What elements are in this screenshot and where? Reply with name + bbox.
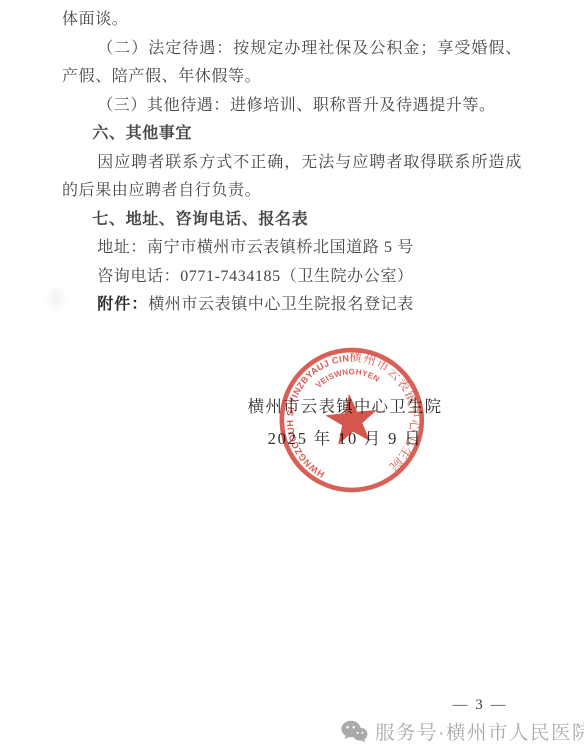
paragraph-item-2: （二）法定待遇：按规定办理社保及公积金；享受婚假、产假、陪产假、年休假等。 [62, 35, 522, 92]
paragraph-item-3: （三）其他待遇：进修培训、职称晋升及待遇提升等。 [62, 92, 522, 121]
wechat-icon [341, 720, 368, 743]
attachment-label: 附件： [97, 296, 148, 313]
scanned-document-page: { "content": { "continuation": "体面谈。", "… [0, 0, 584, 754]
phone-line: 咨询电话：0771-7434185（卫生院办公室） [62, 263, 522, 292]
attachment-text: 横州市云表镇中心卫生院报名登记表 [148, 296, 414, 313]
attachment-line: 附件：横州市云表镇中心卫生院报名登记表 [62, 291, 522, 320]
heading-section-7: 七、地址、咨询电话、报名表 [62, 206, 522, 235]
address-line: 地址：南宁市横州市云表镇桥北国道路 5 号 [62, 234, 522, 263]
seal-chinese-arc-text: 横州市云表镇中心卫生院 [347, 342, 428, 478]
scan-smudge [46, 285, 66, 313]
document-body: 体面谈。 （二）法定待遇：按规定办理社保及公积金；享受婚假、产假、陪产假、年休假… [0, 0, 584, 320]
paragraph-section-6: 因应聘者联系方式不正确，无法与应聘者取得联系所造成的后果由应聘者自行负责。 [62, 149, 522, 206]
svg-text:横州市云表镇中心卫生院: 横州市云表镇中心卫生院 [347, 342, 428, 478]
footer-watermark: 服务号·横州市人民医院 [341, 716, 584, 746]
official-seal: HWNGZCOUH SI YINZBYAUJ CIN 横州市云表镇中心卫生院 V… [268, 338, 435, 505]
page-number: — 3 — [418, 697, 542, 714]
paragraph-continuation: 体面谈。 [62, 6, 522, 35]
star-icon [323, 391, 380, 446]
heading-section-6: 六、其他事宜 [62, 120, 522, 149]
watermark-text: 服务号·横州市人民医院 [375, 717, 584, 745]
